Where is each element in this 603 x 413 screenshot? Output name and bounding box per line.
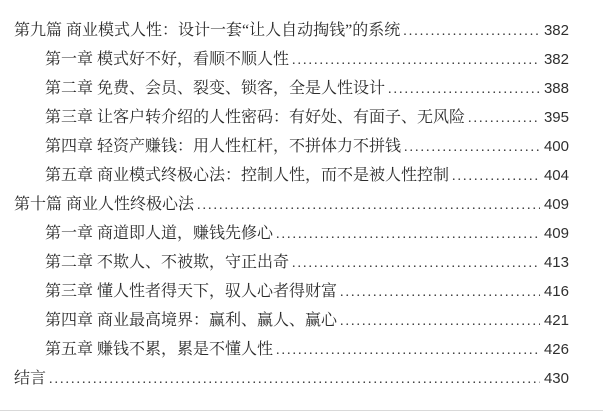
- toc-entry-page-number: 395: [541, 103, 569, 132]
- toc-entry-label: 结言: [14, 364, 46, 393]
- toc-entry-page-number: 426: [541, 335, 569, 364]
- toc-page: 第九篇 商业模式人性：设计一套“让人自动掏钱”的系统 .............…: [0, 0, 603, 413]
- toc-entry-label: 第五章 商业模式终极心法：控制人性，而不是被人性控制: [45, 161, 449, 190]
- toc-entry-page-number: 421: [541, 306, 569, 335]
- toc-entry[interactable]: 第三章 让客户转介绍的人性密码：有好处、有面子、无风险 ............…: [14, 103, 569, 132]
- toc-entry[interactable]: 结言 .....................................…: [14, 364, 569, 393]
- toc-entry-label: 第二章 免费、会员、裂变、锁客，全是人性设计: [45, 74, 385, 103]
- toc-entry-page-number: 388: [541, 74, 569, 103]
- dot-leader: ........................................…: [197, 191, 540, 220]
- toc-entry-page-number: 413: [541, 248, 569, 277]
- toc-entry-label: 第三章 让客户转介绍的人性密码：有好处、有面子、无风险: [45, 103, 465, 132]
- toc-entry-page-number: 382: [541, 45, 569, 74]
- dot-leader: ........................................…: [403, 17, 540, 46]
- toc-entry-page-number: 430: [541, 364, 569, 393]
- toc-entry-label: 第四章 商业最高境界：赢利、赢人、赢心: [45, 306, 337, 335]
- toc-entry-label: 第二章 不欺人、不被欺，守正出奇: [45, 248, 289, 277]
- toc-entry-label: 第十篇 商业人性终极心法: [14, 190, 194, 219]
- toc-entry-page-number: 409: [541, 219, 569, 248]
- toc-entry[interactable]: 第四章 商业最高境界：赢利、赢人、赢心 ....................…: [14, 306, 569, 335]
- toc-entry-page-number: 404: [541, 161, 569, 190]
- dot-leader: ........................................…: [276, 336, 540, 365]
- toc-entry-page-number: 382: [541, 16, 569, 45]
- toc-entry[interactable]: 第四章 轻资产赚钱：用人性杠杆，不拼体力不拼钱 ................…: [14, 132, 569, 161]
- toc-entry[interactable]: 第二章 免费、会员、裂变、锁客，全是人性设计 .................…: [14, 74, 569, 103]
- dot-leader: ........................................…: [292, 46, 540, 75]
- toc-entry[interactable]: 第十篇 商业人性终极心法 ...........................…: [14, 190, 569, 219]
- dot-leader: ........................................…: [49, 365, 540, 394]
- toc-entry[interactable]: 第三章 懂人性者得天下，驭人心者得财富 ....................…: [14, 277, 569, 306]
- toc-entry[interactable]: 第九篇 商业模式人性：设计一套“让人自动掏钱”的系统 .............…: [14, 16, 569, 45]
- dot-leader: ........................................…: [404, 133, 540, 162]
- toc-entry-label: 第四章 轻资产赚钱：用人性杠杆，不拼体力不拼钱: [45, 132, 401, 161]
- dot-leader: ........................................…: [340, 278, 540, 307]
- toc-list: 第九篇 商业模式人性：设计一套“让人自动掏钱”的系统 .............…: [14, 16, 569, 393]
- page-divider: [0, 410, 603, 411]
- dot-leader: ........................................…: [468, 104, 540, 133]
- dot-leader: ........................................…: [292, 249, 540, 278]
- toc-entry[interactable]: 第五章 商业模式终极心法：控制人性，而不是被人性控制 .............…: [14, 161, 569, 190]
- toc-entry-label: 第九篇 商业模式人性：设计一套“让人自动掏钱”的系统: [14, 16, 400, 45]
- dot-leader: ........................................…: [452, 162, 540, 191]
- toc-entry[interactable]: 第二章 不欺人、不被欺，守正出奇 .......................…: [14, 248, 569, 277]
- toc-entry-label: 第五章 赚钱不累，累是不懂人性: [45, 335, 273, 364]
- toc-entry-page-number: 409: [541, 190, 569, 219]
- dot-leader: ........................................…: [388, 75, 540, 104]
- toc-entry-page-number: 416: [541, 277, 569, 306]
- toc-entry[interactable]: 第五章 赚钱不累，累是不懂人性 ........................…: [14, 335, 569, 364]
- toc-entry-label: 第一章 模式好不好，看顺不顺人性: [45, 45, 289, 74]
- toc-entry[interactable]: 第一章 商道即人道，赚钱先修心 ........................…: [14, 219, 569, 248]
- dot-leader: ........................................…: [340, 307, 540, 336]
- toc-entry-page-number: 400: [541, 132, 569, 161]
- toc-entry[interactable]: 第一章 模式好不好，看顺不顺人性 .......................…: [14, 45, 569, 74]
- dot-leader: ........................................…: [276, 220, 540, 249]
- toc-entry-label: 第三章 懂人性者得天下，驭人心者得财富: [45, 277, 337, 306]
- toc-entry-label: 第一章 商道即人道，赚钱先修心: [45, 219, 273, 248]
